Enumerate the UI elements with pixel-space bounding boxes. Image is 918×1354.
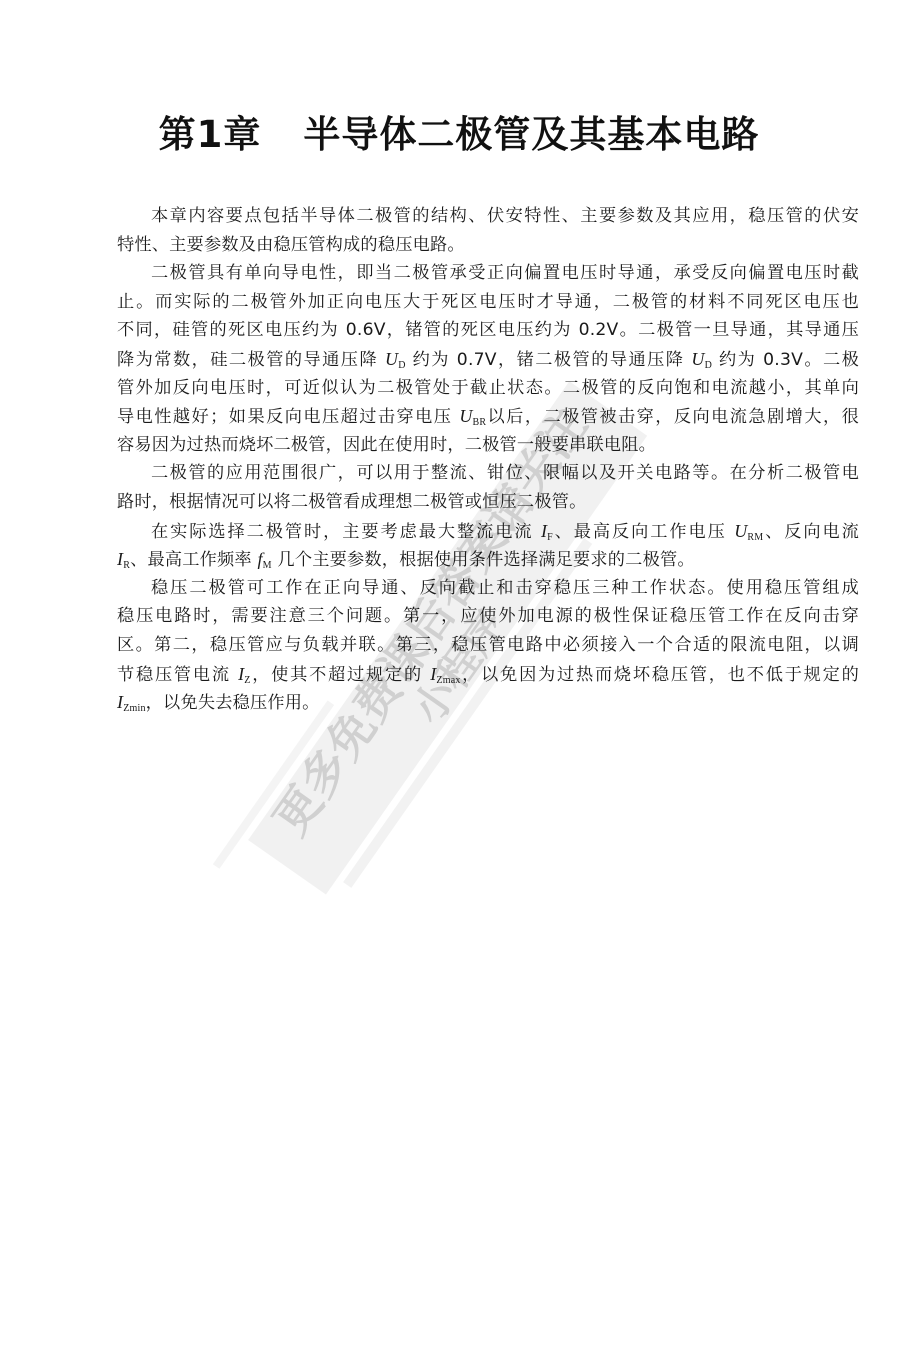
- symbol-ir: IR: [117, 549, 130, 569]
- symbol-urm: URM: [734, 521, 763, 541]
- symbol-fm: fM: [257, 549, 271, 569]
- paragraph-1-line-1: 本章内容要点包括半导体二极管的结构、伏安特性、主要参数及其应用，稳压管的伏安: [117, 202, 859, 231]
- text-segment: 、最高工作频率: [130, 550, 257, 570]
- text-segment: 以后，二极管被击穿，反向电流急剧增大，很: [486, 407, 859, 427]
- paragraph-5-line-1: 稳压二极管可工作在正向导通、反向截止和击穿稳压三种工作状态。使用稳压管组成: [117, 574, 859, 603]
- text-segment: 导电性越好；如果反向电压超过击穿电压: [117, 407, 459, 427]
- text-segment: 约为 0.3V。二极: [712, 350, 859, 370]
- paragraph-5-line-3: 区。第二，稳压管应与负载并联。第三，稳压管电路中必须接入一个合适的限流电阻，以调: [117, 631, 859, 660]
- paragraph-2-line-7: 容易因为过热而烧坏二极管，因此在使用时，二极管一般要串联电阻。: [117, 431, 859, 460]
- paragraph-2-line-5: 管外加反向电压时，可近似认为二极管处于截止状态。二极管的反向饱和电流越小，其单向: [117, 374, 859, 403]
- text-segment: ，以免因为过热而烧坏稳压管，也不低于规定的: [461, 665, 859, 685]
- symbol-izmax: IZmax: [430, 664, 460, 684]
- symbol-izmin: IZmin: [117, 692, 146, 712]
- paragraph-1-line-2: 特性、主要参数及由稳压管构成的稳压电路。: [117, 231, 859, 260]
- paragraph-3-line-2: 路时，根据情况可以将二极管看成理想二极管或恒压二极管。: [117, 488, 859, 517]
- chapter-title-text: 半导体二极管及其基本电路: [303, 113, 759, 156]
- paragraph-2-line-6: 导电性越好；如果反向电压超过击穿电压 UBR以后，二极管被击穿，反向电流急剧增大…: [117, 402, 859, 431]
- symbol-if: IF: [541, 521, 553, 541]
- text-segment: 降为常数，硅二极管的导通压降: [117, 350, 385, 370]
- paragraph-2-line-1: 二极管具有单向导电性，即当二极管承受正向偏置电压时导通，承受反向偏置电压时截: [117, 259, 859, 288]
- text-segment: 、反向电流: [763, 522, 859, 542]
- chapter-body: 本章内容要点包括半导体二极管的结构、伏安特性、主要参数及其应用，稳压管的伏安 特…: [117, 202, 859, 717]
- paragraph-2-line-4: 降为常数，硅二极管的导通压降 UD 约为 0.7V，锗二极管的导通压降 UD 约…: [117, 345, 859, 374]
- symbol-ubr: UBR: [459, 406, 486, 426]
- paragraph-5-line-5: IZmin，以免失去稳压作用。: [117, 688, 859, 717]
- text-segment: 、最高反向工作电压: [553, 522, 734, 542]
- paragraph-4-line-2: IR、最高工作频率 fM 几个主要参数，根据使用条件选择满足要求的二极管。: [117, 545, 859, 574]
- text-segment: ，使其不超过规定的: [251, 665, 431, 685]
- chapter-number: 第1章: [159, 113, 262, 156]
- symbol-ud: UD: [691, 349, 712, 369]
- text-segment: 几个主要参数，根据使用条件选择满足要求的二极管。: [272, 550, 695, 570]
- symbol-ud: UD: [385, 349, 406, 369]
- paragraph-2-line-3: 不同，硅管的死区电压约为 0.6V，锗管的死区电压约为 0.2V。二极管一旦导通…: [117, 316, 859, 345]
- text-segment: 在实际选择二极管时，主要考虑最大整流电流: [151, 522, 541, 542]
- paragraph-5-line-4: 节稳压管电流 IZ，使其不超过规定的 IZmax，以免因为过热而烧坏稳压管，也不…: [117, 660, 859, 689]
- text-segment: ，以免失去稳压作用。: [146, 693, 320, 713]
- paragraph-3-line-1: 二极管的应用范围很广，可以用于整流、钳位、限幅以及开关电路等。在分析二极管电: [117, 459, 859, 488]
- paragraph-4-line-1: 在实际选择二极管时，主要考虑最大整流电流 IF、最高反向工作电压 URM、反向电…: [117, 517, 859, 546]
- text-segment: 节稳压管电流: [117, 665, 238, 685]
- chapter-title: 第1章半导体二极管及其基本电路: [0, 104, 918, 158]
- paragraph-2-line-2: 止。而实际的二极管外加正向电压大于死区电压时才导通，二极管的材料不同死区电压也: [117, 288, 859, 317]
- paragraph-5-line-2: 稳压电路时，需要注意三个问题。第一，应使外加电源的极性保证稳压管工作在反向击穿: [117, 602, 859, 631]
- symbol-iz: IZ: [238, 664, 251, 684]
- text-segment: 约为 0.7V，锗二极管的导通压降: [406, 350, 692, 370]
